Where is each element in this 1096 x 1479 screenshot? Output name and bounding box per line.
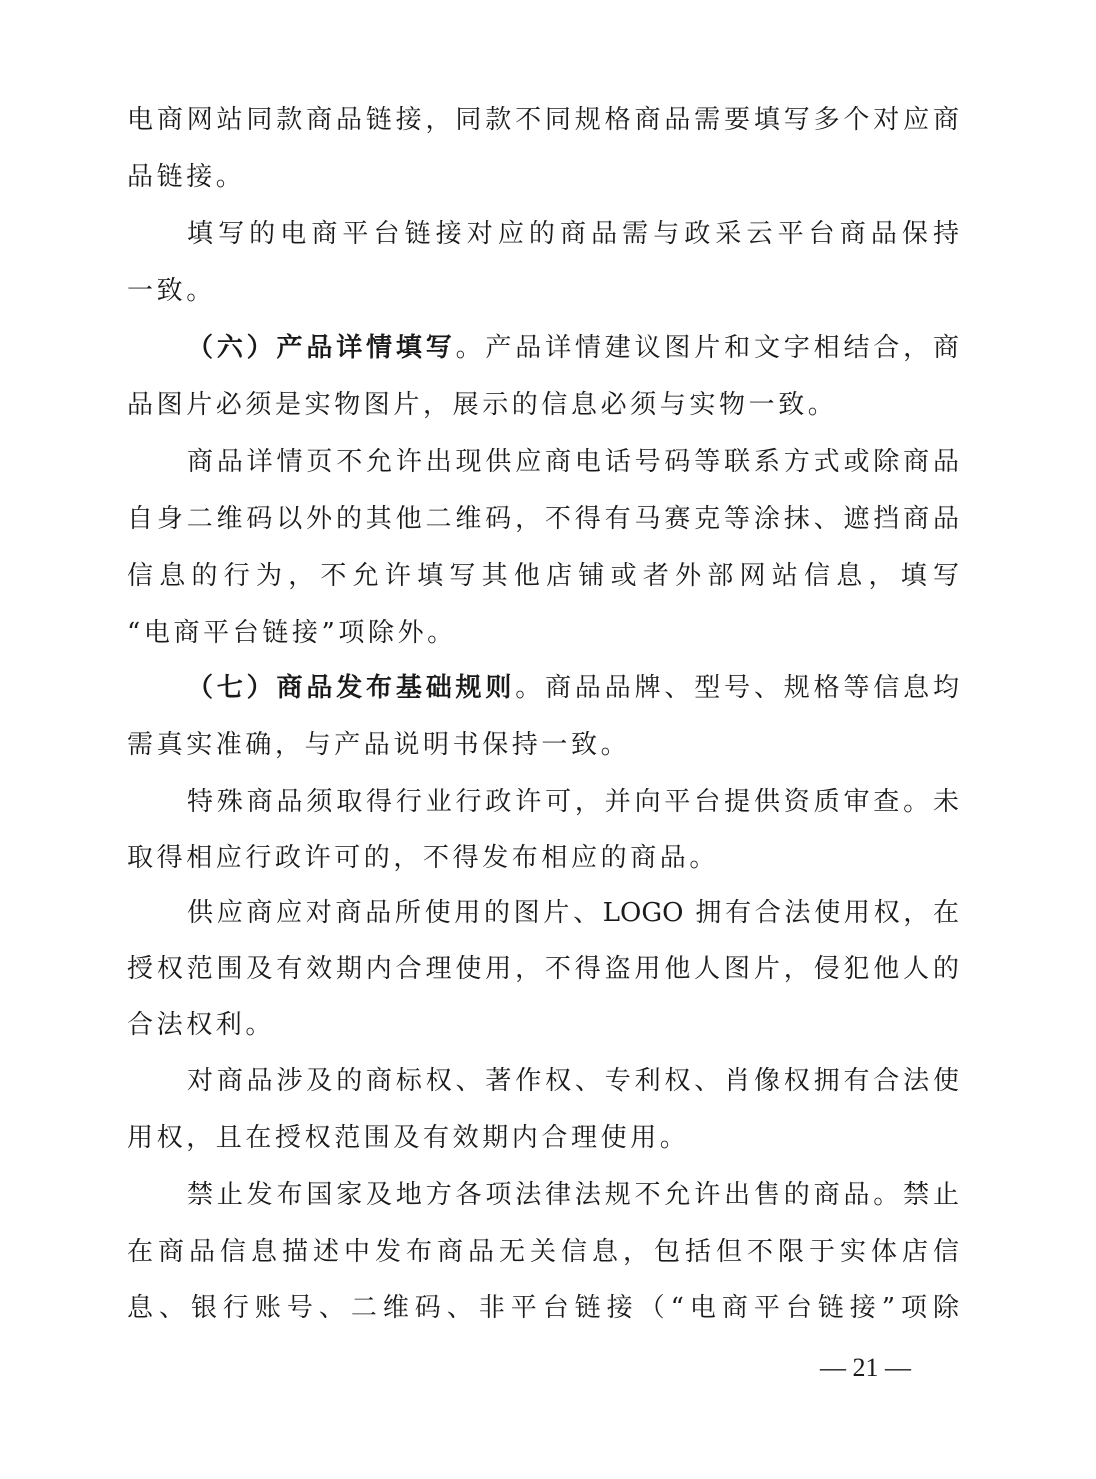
text-line-10: “电商平台链接”项除外。 <box>127 613 959 653</box>
text-line-1: 电商网站同款商品链接，同款不同规格商品需要填写多个对应商 <box>127 100 959 140</box>
text-line-2: 品链接。 <box>127 157 959 197</box>
text-line-19: 用权，且在授权范围及有效期内合理使用。 <box>127 1118 959 1158</box>
text-line-21: 在商品信息描述中发布商品无关信息，包括但不限于实体店信 <box>127 1232 959 1272</box>
text-line-7: 商品详情页不允许出现供应商电话号码等联系方式或除商品 <box>127 442 959 482</box>
text-line-14: 取得相应行政许可的，不得发布相应的商品。 <box>127 838 959 878</box>
text-line-3: 填写的电商平台链接对应的商品需与政采云平台商品保持 <box>127 214 959 254</box>
page-number: — 21 — <box>820 1348 911 1388</box>
text-line-16: 授权范围及有效期内合理使用，不得盗用他人图片，侵犯他人的 <box>127 949 959 989</box>
text-line-13: 特殊商品须取得行业行政许可，并向平台提供资质审查。未 <box>127 782 959 822</box>
text-line-8: 自身二维码以外的其他二维码，不得有马赛克等涂抹、遮挡商品 <box>127 499 959 539</box>
section-7-heading-line: （七）商品发布基础规则。商品品牌、型号、规格等信息均 <box>127 668 959 708</box>
text-line-22: 息、银行账号、二维码、非平台链接（“电商平台链接”项除 <box>127 1288 959 1328</box>
text-line-9: 信息的行为，不允许填写其他店铺或者外部网站信息，填写 <box>127 556 959 596</box>
section-6-heading-line: （六）产品详情填写。产品详情建议图片和文字相结合，商 <box>127 328 959 368</box>
text-line-6: 品图片必须是实物图片，展示的信息必须与实物一致。 <box>127 385 959 425</box>
text-line-20: 禁止发布国家及地方各项法律法规不允许出售的商品。禁止 <box>127 1175 959 1215</box>
text-line-15: 供应商应对商品所使用的图片、LOGO 拥有合法使用权，在 <box>127 893 959 933</box>
section-6-heading: （六）产品详情填写 <box>187 333 456 363</box>
section-6-text: 。产品详情建议图片和文字相结合，商 <box>456 333 959 363</box>
text-line-12: 需真实准确，与产品说明书保持一致。 <box>127 725 959 765</box>
text-line-17: 合法权利。 <box>127 1005 959 1045</box>
text-line-4: 一致。 <box>127 271 959 311</box>
section-7-text: 。商品品牌、型号、规格等信息均 <box>515 673 959 703</box>
text-line-18: 对商品涉及的商标权、著作权、专利权、肖像权拥有合法使 <box>127 1061 959 1101</box>
section-7-heading: （七）商品发布基础规则 <box>187 673 515 703</box>
